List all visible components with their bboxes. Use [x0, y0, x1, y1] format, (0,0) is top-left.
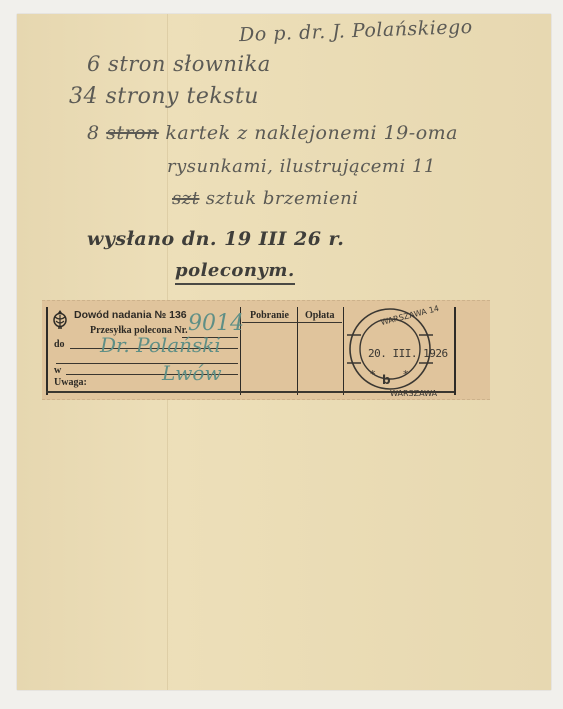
destination-city: Lwów	[162, 361, 222, 385]
note-label: Uwaga:	[54, 377, 87, 388]
addressee-line: Do p. dr. J. Polańskiego	[239, 16, 473, 46]
handwritten-line-3: 8 stron kartek z naklejonemi 19-oma	[87, 122, 458, 144]
to-label: do	[54, 339, 65, 350]
handwritten-line-4: rysunkami, ilustrującemi 11	[167, 156, 436, 177]
sent-method: poleconym.	[175, 260, 295, 285]
svg-text:*: *	[403, 368, 409, 381]
slip-divider	[343, 307, 344, 395]
postmark-date: 20. III. 1926	[368, 347, 448, 360]
sent-method-line: poleconym.	[175, 260, 295, 281]
items-text: sztuk brzemieni	[206, 188, 359, 209]
pages-text: strony tekstu	[106, 84, 259, 109]
column-header-rule	[242, 322, 342, 323]
struck-word: szt	[172, 188, 199, 209]
polish-eagle-emblem-icon	[52, 309, 68, 331]
struck-word: stron	[106, 122, 159, 144]
document-paper: Do p. dr. J. Polańskiego 6 stron słownik…	[17, 14, 551, 690]
handwritten-line-2: 34 strony tekstu	[69, 84, 259, 109]
svg-text:*: *	[370, 368, 376, 381]
fee-column-header: Opłata	[305, 310, 334, 321]
slip-border-right	[454, 307, 456, 395]
in-label: w	[54, 365, 61, 376]
receipt-title: Dowód nadania № 136	[74, 309, 187, 321]
postal-receipt: Dowód nadania № 136 Przesyłka polecona N…	[42, 300, 490, 400]
cards-text: kartek z naklejonemi 19-oma	[165, 122, 458, 144]
slip-border-left	[46, 307, 48, 395]
cod-column-header: Pobranie	[250, 310, 289, 321]
postmark-city-bottom: WARSZAWA	[390, 389, 437, 398]
slip-divider	[297, 307, 298, 395]
handwritten-line-5: szt sztuk brzemieni	[172, 188, 358, 209]
sent-date-line: wysłano dn. 19 III 26 r.	[87, 228, 344, 250]
pages-count: 34	[69, 84, 98, 109]
cards-count: 8	[87, 122, 100, 144]
postmark-letter: b	[382, 373, 391, 387]
recipient-name: Dr. Polański	[100, 333, 221, 357]
handwritten-line-1: 6 stron słownika	[87, 52, 271, 76]
